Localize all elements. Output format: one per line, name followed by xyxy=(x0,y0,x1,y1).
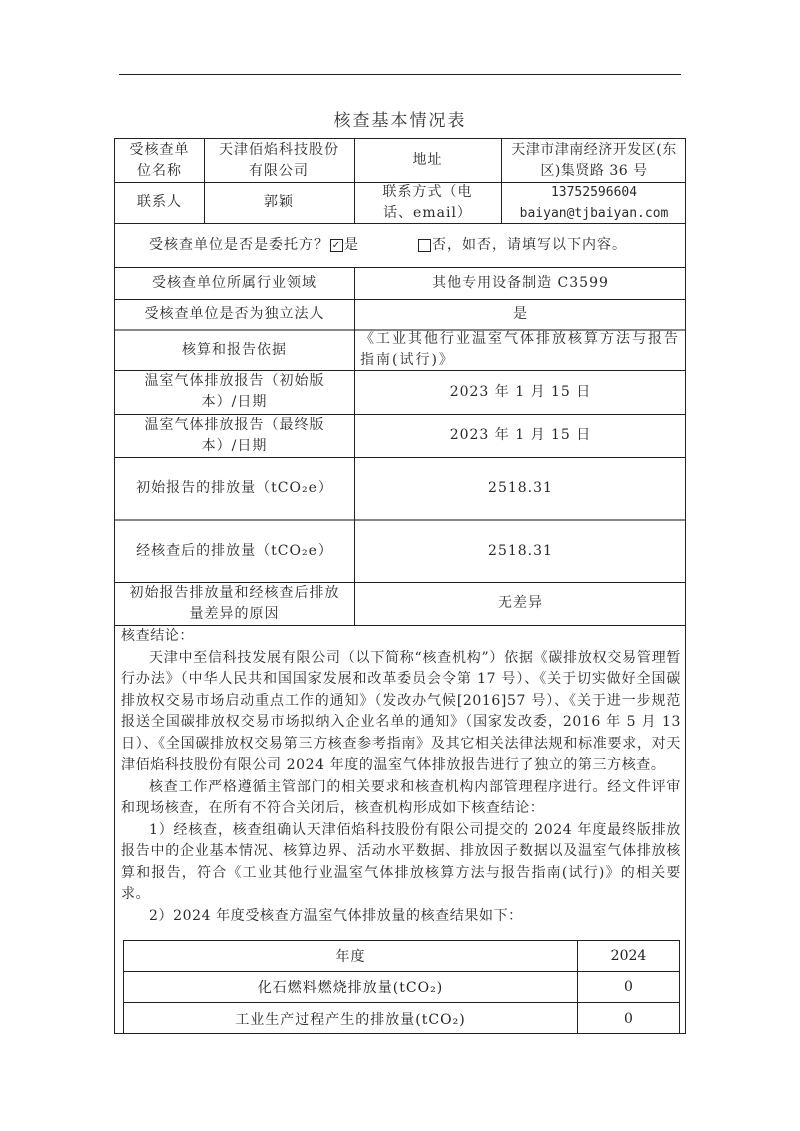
verified-emission-value: 2518.31 xyxy=(354,520,687,582)
contact-method-label: 联系方式（电话、email） xyxy=(354,182,501,223)
basis-label: 核算和报告依据 xyxy=(115,330,354,370)
year-label: 年度 xyxy=(124,941,578,971)
entrusted-no-checkbox[interactable] xyxy=(418,239,431,252)
results-header-row: 年度 2024 xyxy=(124,941,679,972)
initial-emission-label: 初始报告的排放量（tCO₂e） xyxy=(115,457,354,519)
year-value: 2024 xyxy=(578,941,679,971)
page-title: 核查基本情况表 xyxy=(0,106,800,131)
address-value: 天津市津南经济开发区(东区)集贤路 36 号 xyxy=(501,139,687,182)
fossil-fuel-emission-label: 化石燃料燃烧排放量(tCO₂) xyxy=(124,972,578,1002)
phone-number: 13752596604 xyxy=(551,182,637,203)
conclusion-heading: 核查结论： xyxy=(121,626,681,648)
contact-method-value: 13752596604 baiyan@tjbaiyan.com xyxy=(501,182,687,223)
fossil-fuel-emission-value: 0 xyxy=(578,972,679,1002)
contact-label: 联系人 xyxy=(115,182,204,223)
verification-basic-info-table: 受核查单位名称 天津佰焰科技股份有限公司 地址 天津市津南经济开发区(东区)集贤… xyxy=(114,138,686,1034)
unit-name-label: 受核查单位名称 xyxy=(115,139,204,182)
industry-label: 受核查单位所属行业领域 xyxy=(115,267,354,299)
address-label: 地址 xyxy=(354,139,501,182)
basis-value: 《工业其他行业温室气体排放核算方法与报告指南(试行)》 xyxy=(354,330,687,370)
final-report-label: 温室气体排放报告（最终版本）/日期 xyxy=(115,414,354,457)
industrial-process-emission-label: 工业生产过程产生的排放量(tCO₂) xyxy=(124,1003,578,1034)
legal-entity-label: 受核查单位是否为独立法人 xyxy=(115,299,354,329)
industrial-process-emission-value: 0 xyxy=(578,1003,679,1034)
entrusted-row: 受核查单位是否是委托方？ ✓ 是 否，如否，请填写以下内容。 xyxy=(115,223,687,267)
initial-emission-value: 2518.31 xyxy=(354,457,687,519)
header-rule xyxy=(119,74,681,75)
entrusted-question: 受核查单位是否是委托方？ xyxy=(149,235,329,256)
initial-report-label: 温室气体排放报告（初始版本）/日期 xyxy=(115,370,354,414)
difference-label: 初始报告排放量和经核查后排放量差异的原因 xyxy=(115,582,354,625)
table-row: 化石燃料燃烧排放量(tCO₂) 0 xyxy=(124,972,679,1003)
conclusion-paragraph: 1）经核查，核查组确认天津佰焰科技股份有限公司提交的 2024 年度最终版排放报… xyxy=(121,820,681,906)
verified-emission-label: 经核查后的排放量（tCO₂e） xyxy=(115,520,354,582)
conclusion-paragraph: 核查工作严格遵循主管部门的相关要求和核查机构内部管理程序进行。经文件评审和现场核… xyxy=(121,777,681,820)
initial-report-date: 2023 年 1 月 15 日 xyxy=(354,370,687,414)
industry-value: 其他专用设备制造 C3599 xyxy=(354,267,687,299)
unit-name-value: 天津佰焰科技股份有限公司 xyxy=(204,139,354,182)
conclusion-paragraph: 天津中至信科技发展有限公司（以下简称“核查机构”）依据《碳排放权交易管理暂行办法… xyxy=(121,648,681,777)
table-row: 工业生产过程产生的排放量(tCO₂) 0 xyxy=(124,1003,679,1034)
contact-value: 郭颖 xyxy=(204,182,354,223)
entrusted-no-label: 否，如否，请填写以下内容。 xyxy=(432,235,627,256)
entrusted-yes-checkbox[interactable]: ✓ xyxy=(330,239,343,252)
legal-entity-value: 是 xyxy=(354,299,687,329)
conclusion-paragraph: 2）2024 年度受核查方温室气体排放量的核查结果如下： xyxy=(121,906,681,928)
final-report-date: 2023 年 1 月 15 日 xyxy=(354,414,687,457)
verification-conclusion: 核查结论： 天津中至信科技发展有限公司（以下简称“核查机构”）依据《碳排放权交易… xyxy=(121,626,681,927)
entrusted-yes-label: 是 xyxy=(344,235,359,256)
difference-value: 无差异 xyxy=(354,582,687,625)
emission-results-table: 年度 2024 化石燃料燃烧排放量(tCO₂) 0 工业生产过程产生的排放量(t… xyxy=(123,940,680,1034)
email-address: baiyan@tjbaiyan.com xyxy=(520,203,669,224)
